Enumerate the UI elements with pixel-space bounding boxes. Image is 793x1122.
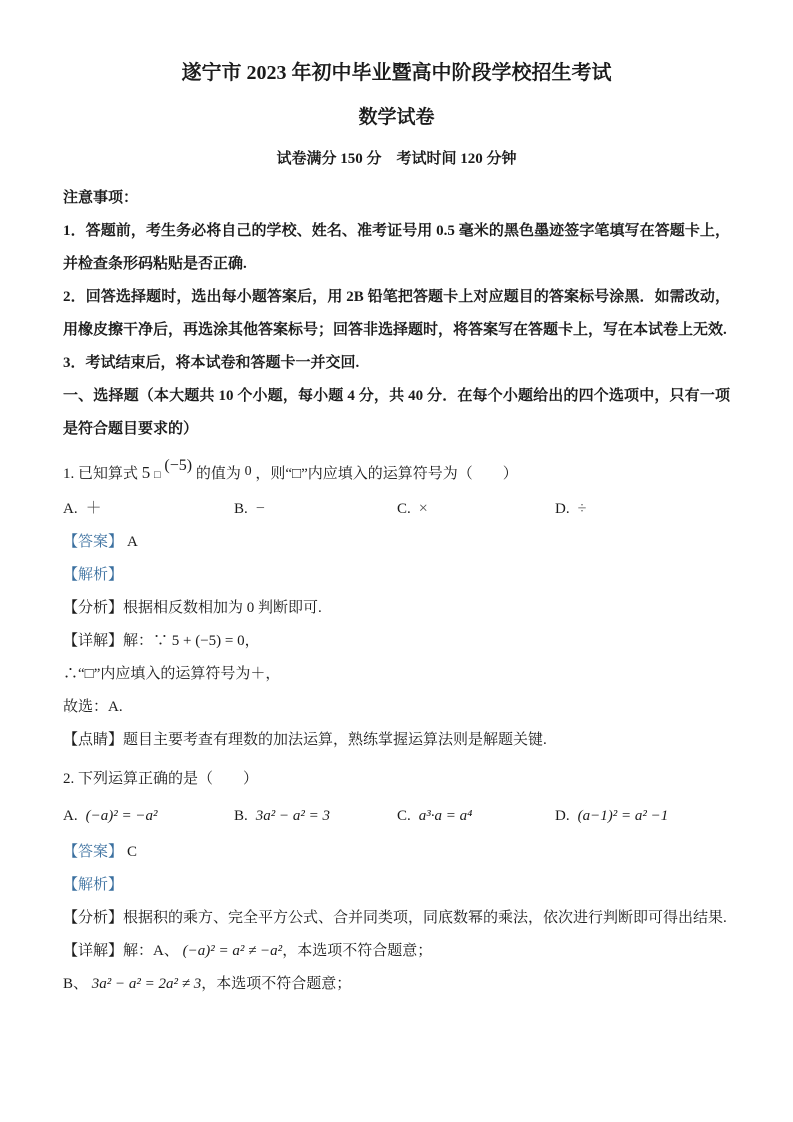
divide-symbol: ÷ (578, 500, 587, 517)
question-1-analysis: 【分析】根据相反数相加为 0 判断即可. (63, 592, 730, 625)
notice-item-1: 1．答题前，考生务必将自己的学校、姓名、准考证号用 0.5 毫米的黑色墨迹签字笔… (63, 215, 730, 281)
question-1-analysis-label: 【解析】 (63, 559, 730, 592)
square-box-icon: □ (154, 469, 161, 481)
notice-item-2: 2．回答选择题时，选出每小题答案后，用 2B 铅笔把答题卡上对应题目的答案标号涂… (63, 281, 730, 347)
question-1-answer-line: 【答案】A (63, 526, 730, 559)
option-b: B.− (234, 492, 397, 526)
plus-symbol: ＋ (86, 500, 102, 517)
option-c: C.× (397, 492, 555, 526)
analysis-label: 【解析】 (63, 567, 123, 583)
option-b-label: B. (234, 501, 248, 517)
option-c-label: C. (397, 808, 411, 824)
answer-value: A (127, 534, 138, 550)
math-equation: 3a² − a² = 2a² ≠ 3 (92, 976, 201, 992)
question-2-stem: 2. 下列运算正确的是（ ） (63, 763, 730, 796)
question-1-therefore: ∴“□”内应填入的运算符号为＋， (63, 658, 730, 691)
question-1-options: A.＋ B.− C.× D.÷ (63, 492, 730, 526)
math-equation: 5 + (−5) = 0 (172, 633, 245, 649)
section-heading: 一、选择题（本大题共 10 个小题，每小题 4 分，共 40 分．在每个小题给出… (63, 380, 730, 446)
exam-paper-page: 遂宁市 2023 年初中毕业暨高中阶段学校招生考试 数学试卷 试卷满分 150 … (0, 0, 793, 1122)
minus-symbol: − (256, 500, 265, 517)
detail-text: 【详解】解：A、 (63, 943, 179, 959)
question-1-stem-text: 的值为 (196, 466, 241, 482)
option-d: D.(a−1)² = a² −1 (555, 796, 730, 836)
option-d-label: D. (555, 808, 570, 824)
page-title: 遂宁市 2023 年初中毕业暨高中阶段学校招生考试 (63, 60, 730, 86)
question-1-comment: 【点睛】题目主要考查有理数的加法运算，熟练掌握运算法则是解题关键. (63, 724, 730, 757)
math-term-minus5: (−5) (164, 457, 192, 474)
question-1-detail: 【详解】解：∵ 5 + (−5) = 0， (63, 625, 730, 658)
detail-text: B、 (63, 976, 88, 992)
answer-label: 【答案】 (63, 844, 123, 860)
option-c: C.a³·a = a⁴ (397, 796, 555, 836)
option-a: A.(−a)² = −a² (63, 796, 234, 836)
math-term-zero: 0 (245, 464, 252, 479)
question-2-detail-b: B、 3a² − a² = 2a² ≠ 3，本选项不符合题意； (63, 968, 730, 1001)
question-1-stem: 1. 已知算式 5 □ (−5) 的值为 0 ，则“□”内应填入的运算符号为（ … (63, 456, 730, 492)
option-b: B.3a² − a² = 3 (234, 796, 397, 836)
notice-item-3: 3．考试结束后，将本试卷和答题卡一并交回. (63, 347, 730, 380)
question-1-conclusion: 故选：A. (63, 691, 730, 724)
math-equation: (−a)² = a² ≠ −a² (183, 943, 283, 959)
option-b-formula: 3a² − a² = 3 (256, 808, 330, 824)
detail-text: ，本选项不符合题意； (282, 943, 432, 959)
option-a: A.＋ (63, 492, 234, 526)
answer-label: 【答案】 (63, 534, 123, 550)
question-2-options: A.(−a)² = −a² B.3a² − a² = 3 C.a³·a = a⁴… (63, 796, 730, 836)
analysis-label: 【解析】 (63, 877, 123, 893)
option-d-formula: (a−1)² = a² −1 (578, 808, 669, 824)
question-2-analysis-label: 【解析】 (63, 869, 730, 902)
times-symbol: × (419, 500, 428, 517)
option-a-label: A. (63, 808, 78, 824)
question-2-analysis: 【分析】根据积的乘方、完全平方公式、合并同类项，同底数幂的乘法，依次进行判断即可… (63, 902, 730, 935)
option-a-label: A. (63, 501, 78, 517)
math-term-5: 5 (142, 463, 151, 482)
question-1-stem-text: ，则“□”内应填入的运算符号为（ ） (255, 466, 517, 482)
detail-text: ， (245, 633, 260, 649)
question-2-answer-line: 【答案】C (63, 836, 730, 869)
page-subtitle: 数学试卷 (63, 106, 730, 130)
question-1-stem-text: 1. 已知算式 (63, 466, 138, 482)
option-c-label: C. (397, 501, 411, 517)
option-a-formula: (−a)² = −a² (86, 808, 158, 824)
option-d: D.÷ (555, 492, 730, 526)
answer-value: C (127, 844, 137, 860)
notice-heading: 注意事项： (63, 182, 730, 215)
detail-text: 【详解】解：∵ (63, 633, 168, 649)
detail-text: ，本选项不符合题意； (201, 976, 351, 992)
exam-meta: 试卷满分 150 分 考试时间 120 分钟 (63, 143, 730, 176)
option-c-formula: a³·a = a⁴ (419, 808, 473, 824)
option-b-label: B. (234, 808, 248, 824)
option-d-label: D. (555, 501, 570, 517)
question-2-detail-a: 【详解】解：A、 (−a)² = a² ≠ −a²，本选项不符合题意； (63, 935, 730, 968)
